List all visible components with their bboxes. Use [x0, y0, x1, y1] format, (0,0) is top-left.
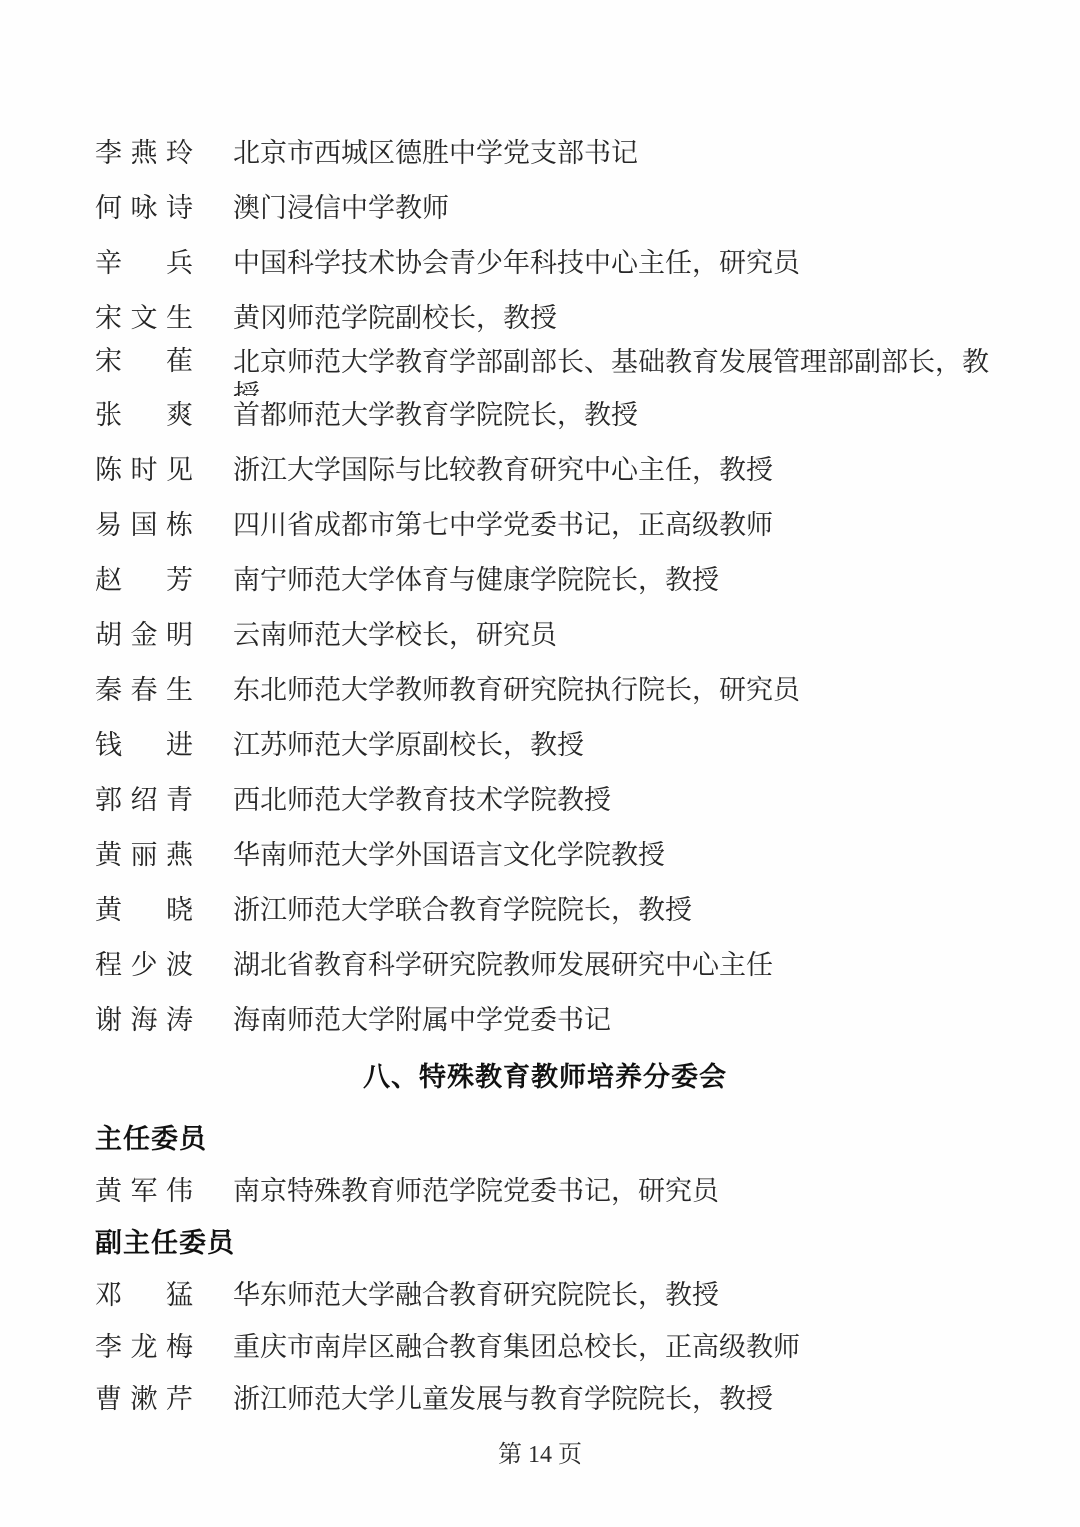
member-title: 南宁师范大学体育与健康学院院长，教授	[233, 565, 995, 595]
member-title: 江苏师范大学原副校长，教授	[233, 730, 995, 760]
member-name: 何咏诗	[95, 193, 193, 223]
vice-chair-label: 副主任委员	[95, 1228, 995, 1258]
member-title: 重庆市南岸区融合教育集团总校长，正高级教师	[233, 1332, 995, 1362]
member-row: 赵芳南宁师范大学体育与健康学院院长，教授	[95, 565, 995, 595]
member-row: 宋萑北京师范大学教育学部副部长、基础教育发展管理部副部长，教授	[95, 346, 995, 396]
member-title: 西北师范大学教育技术学院教授	[233, 785, 995, 815]
vice-chair-list: 邓猛华东师范大学融合教育研究院院长，教授李龙梅重庆市南岸区融合教育集团总校长，正…	[95, 1280, 995, 1414]
member-title: 浙江大学国际与比较教育研究中心主任，教授	[233, 455, 995, 485]
member-row: 邓猛华东师范大学融合教育研究院院长，教授	[95, 1280, 995, 1310]
member-name: 辛兵	[95, 248, 193, 278]
member-row: 张爽首都师范大学教育学院院长，教授	[95, 400, 995, 430]
document-page: 李燕玲北京市西城区德胜中学党支部书记何咏诗澳门浸信中学教师辛兵中国科学技术协会青…	[0, 0, 1080, 1527]
member-title: 南京特殊教育师范学院党委书记，研究员	[233, 1176, 995, 1206]
member-name: 胡金明	[95, 620, 193, 650]
member-row: 黄军伟南京特殊教育师范学院党委书记，研究员	[95, 1176, 995, 1206]
chair-label: 主任委员	[95, 1124, 995, 1154]
member-name: 赵芳	[95, 565, 193, 595]
section-heading: 八、特殊教育教师培养分委会	[95, 1060, 995, 1094]
member-name: 李龙梅	[95, 1332, 193, 1362]
member-row: 钱进江苏师范大学原副校长，教授	[95, 730, 995, 760]
member-name: 谢海涛	[95, 1005, 193, 1035]
member-row: 李燕玲北京市西城区德胜中学党支部书记	[95, 138, 995, 168]
member-name: 钱进	[95, 730, 193, 760]
page-number: 第 14 页	[498, 1442, 582, 1468]
member-title: 湖北省教育科学研究院教师发展研究中心主任	[233, 950, 995, 980]
member-row: 陈时见浙江大学国际与比较教育研究中心主任，教授	[95, 455, 995, 485]
member-name: 邓猛	[95, 1280, 193, 1310]
member-title: 云南师范大学校长，研究员	[233, 620, 995, 650]
member-name: 宋文生	[95, 303, 193, 333]
member-title: 华南师范大学外国语言文化学院教授	[233, 840, 995, 870]
member-row: 李龙梅重庆市南岸区融合教育集团总校长，正高级教师	[95, 1332, 995, 1362]
member-title: 首都师范大学教育学院院长，教授	[233, 400, 995, 430]
page-footer: 第 14 页	[0, 1441, 1080, 1469]
member-row: 黄晓浙江师范大学联合教育学院院长，教授	[95, 895, 995, 925]
member-row: 黄丽燕华南师范大学外国语言文化学院教授	[95, 840, 995, 870]
member-title: 浙江师范大学儿童发展与教育学院院长，教授	[233, 1384, 995, 1414]
member-list: 李燕玲北京市西城区德胜中学党支部书记何咏诗澳门浸信中学教师辛兵中国科学技术协会青…	[95, 138, 995, 1035]
member-name: 宋萑	[95, 346, 193, 376]
member-row: 胡金明云南师范大学校长，研究员	[95, 620, 995, 650]
member-row: 程少波湖北省教育科学研究院教师发展研究中心主任	[95, 950, 995, 980]
member-row: 秦春生东北师范大学教师教育研究院执行院长，研究员	[95, 675, 995, 705]
member-row: 郭绍青西北师范大学教育技术学院教授	[95, 785, 995, 815]
member-title: 海南师范大学附属中学党委书记	[233, 1005, 995, 1035]
page-content: 李燕玲北京市西城区德胜中学党支部书记何咏诗澳门浸信中学教师辛兵中国科学技术协会青…	[0, 0, 1080, 1414]
member-title: 中国科学技术协会青少年科技中心主任，研究员	[233, 248, 995, 278]
member-name: 黄晓	[95, 895, 193, 925]
member-title: 浙江师范大学联合教育学院院长，教授	[233, 895, 995, 925]
member-title: 东北师范大学教师教育研究院执行院长，研究员	[233, 675, 995, 705]
member-name: 陈时见	[95, 455, 193, 485]
member-row: 易国栋四川省成都市第七中学党委书记，正高级教师	[95, 510, 995, 540]
member-name: 黄军伟	[95, 1176, 193, 1206]
member-name: 李燕玲	[95, 138, 193, 168]
member-name: 易国栋	[95, 510, 193, 540]
member-title: 华东师范大学融合教育研究院院长，教授	[233, 1280, 995, 1310]
member-name: 黄丽燕	[95, 840, 193, 870]
member-name: 曹漱芹	[95, 1384, 193, 1414]
member-row: 宋文生黄冈师范学院副校长，教授	[95, 303, 995, 333]
member-name: 郭绍青	[95, 785, 193, 815]
member-row: 谢海涛海南师范大学附属中学党委书记	[95, 1005, 995, 1035]
member-title: 澳门浸信中学教师	[233, 193, 995, 223]
member-row: 辛兵中国科学技术协会青少年科技中心主任，研究员	[95, 248, 995, 278]
member-title: 北京师范大学教育学部副部长、基础教育发展管理部副部长，教授	[233, 346, 995, 396]
member-title: 四川省成都市第七中学党委书记，正高级教师	[233, 510, 995, 540]
member-name: 程少波	[95, 950, 193, 980]
section-special-education: 八、特殊教育教师培养分委会 主任委员 黄军伟南京特殊教育师范学院党委书记，研究员…	[95, 1060, 995, 1414]
member-title: 黄冈师范学院副校长，教授	[233, 303, 995, 333]
member-title: 北京市西城区德胜中学党支部书记	[233, 138, 995, 168]
member-row: 何咏诗澳门浸信中学教师	[95, 193, 995, 223]
chair-list: 黄军伟南京特殊教育师范学院党委书记，研究员	[95, 1176, 995, 1206]
member-name: 秦春生	[95, 675, 193, 705]
member-name: 张爽	[95, 400, 193, 430]
member-row: 曹漱芹浙江师范大学儿童发展与教育学院院长，教授	[95, 1384, 995, 1414]
